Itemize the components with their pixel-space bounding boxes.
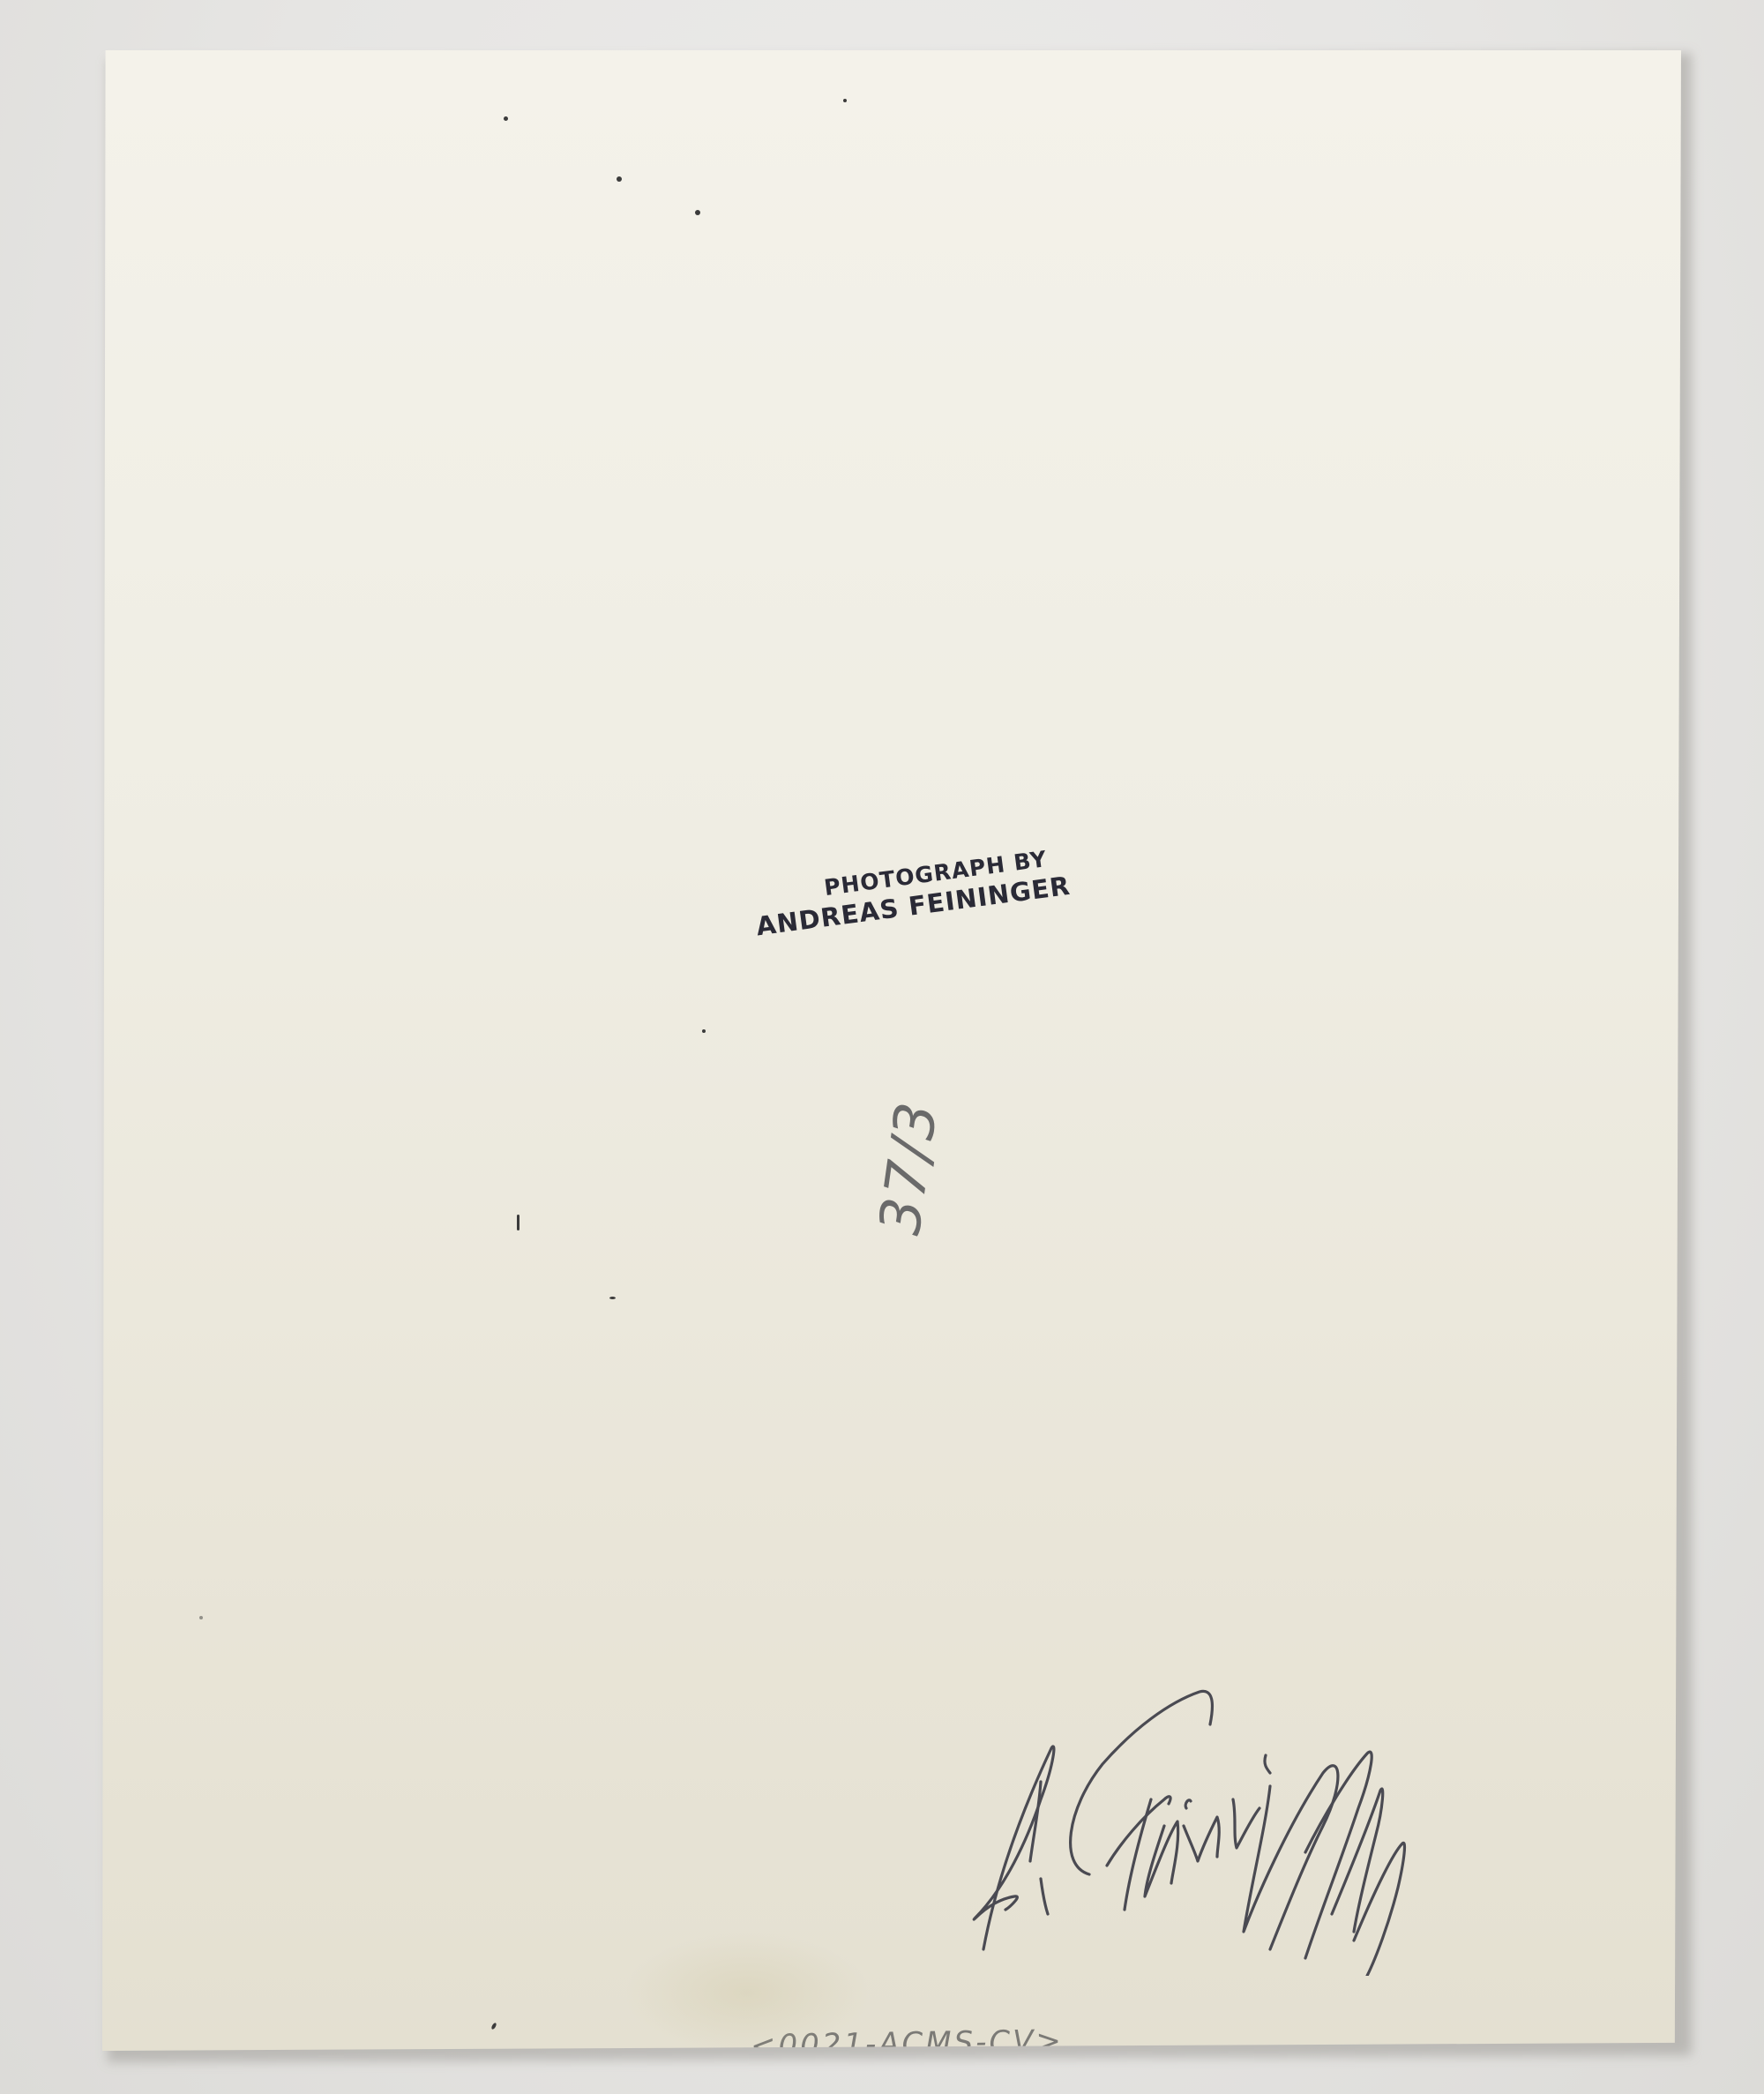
dust-speck (504, 116, 508, 121)
dust-speck (609, 1297, 616, 1299)
dust-speck (517, 1215, 519, 1230)
handwritten-inventory-number: 37/3 (867, 1094, 952, 1243)
dust-speck (702, 1029, 706, 1033)
dust-speck (199, 1616, 203, 1619)
dust-speck (695, 210, 700, 215)
photographer-stamp: PHOTOGRAPH BY ANDREAS FEININGER (751, 842, 1073, 943)
dust-speck (617, 176, 622, 182)
dust-speck (490, 2023, 497, 2030)
artist-signature (953, 1676, 1623, 1976)
dust-speck (843, 99, 847, 102)
